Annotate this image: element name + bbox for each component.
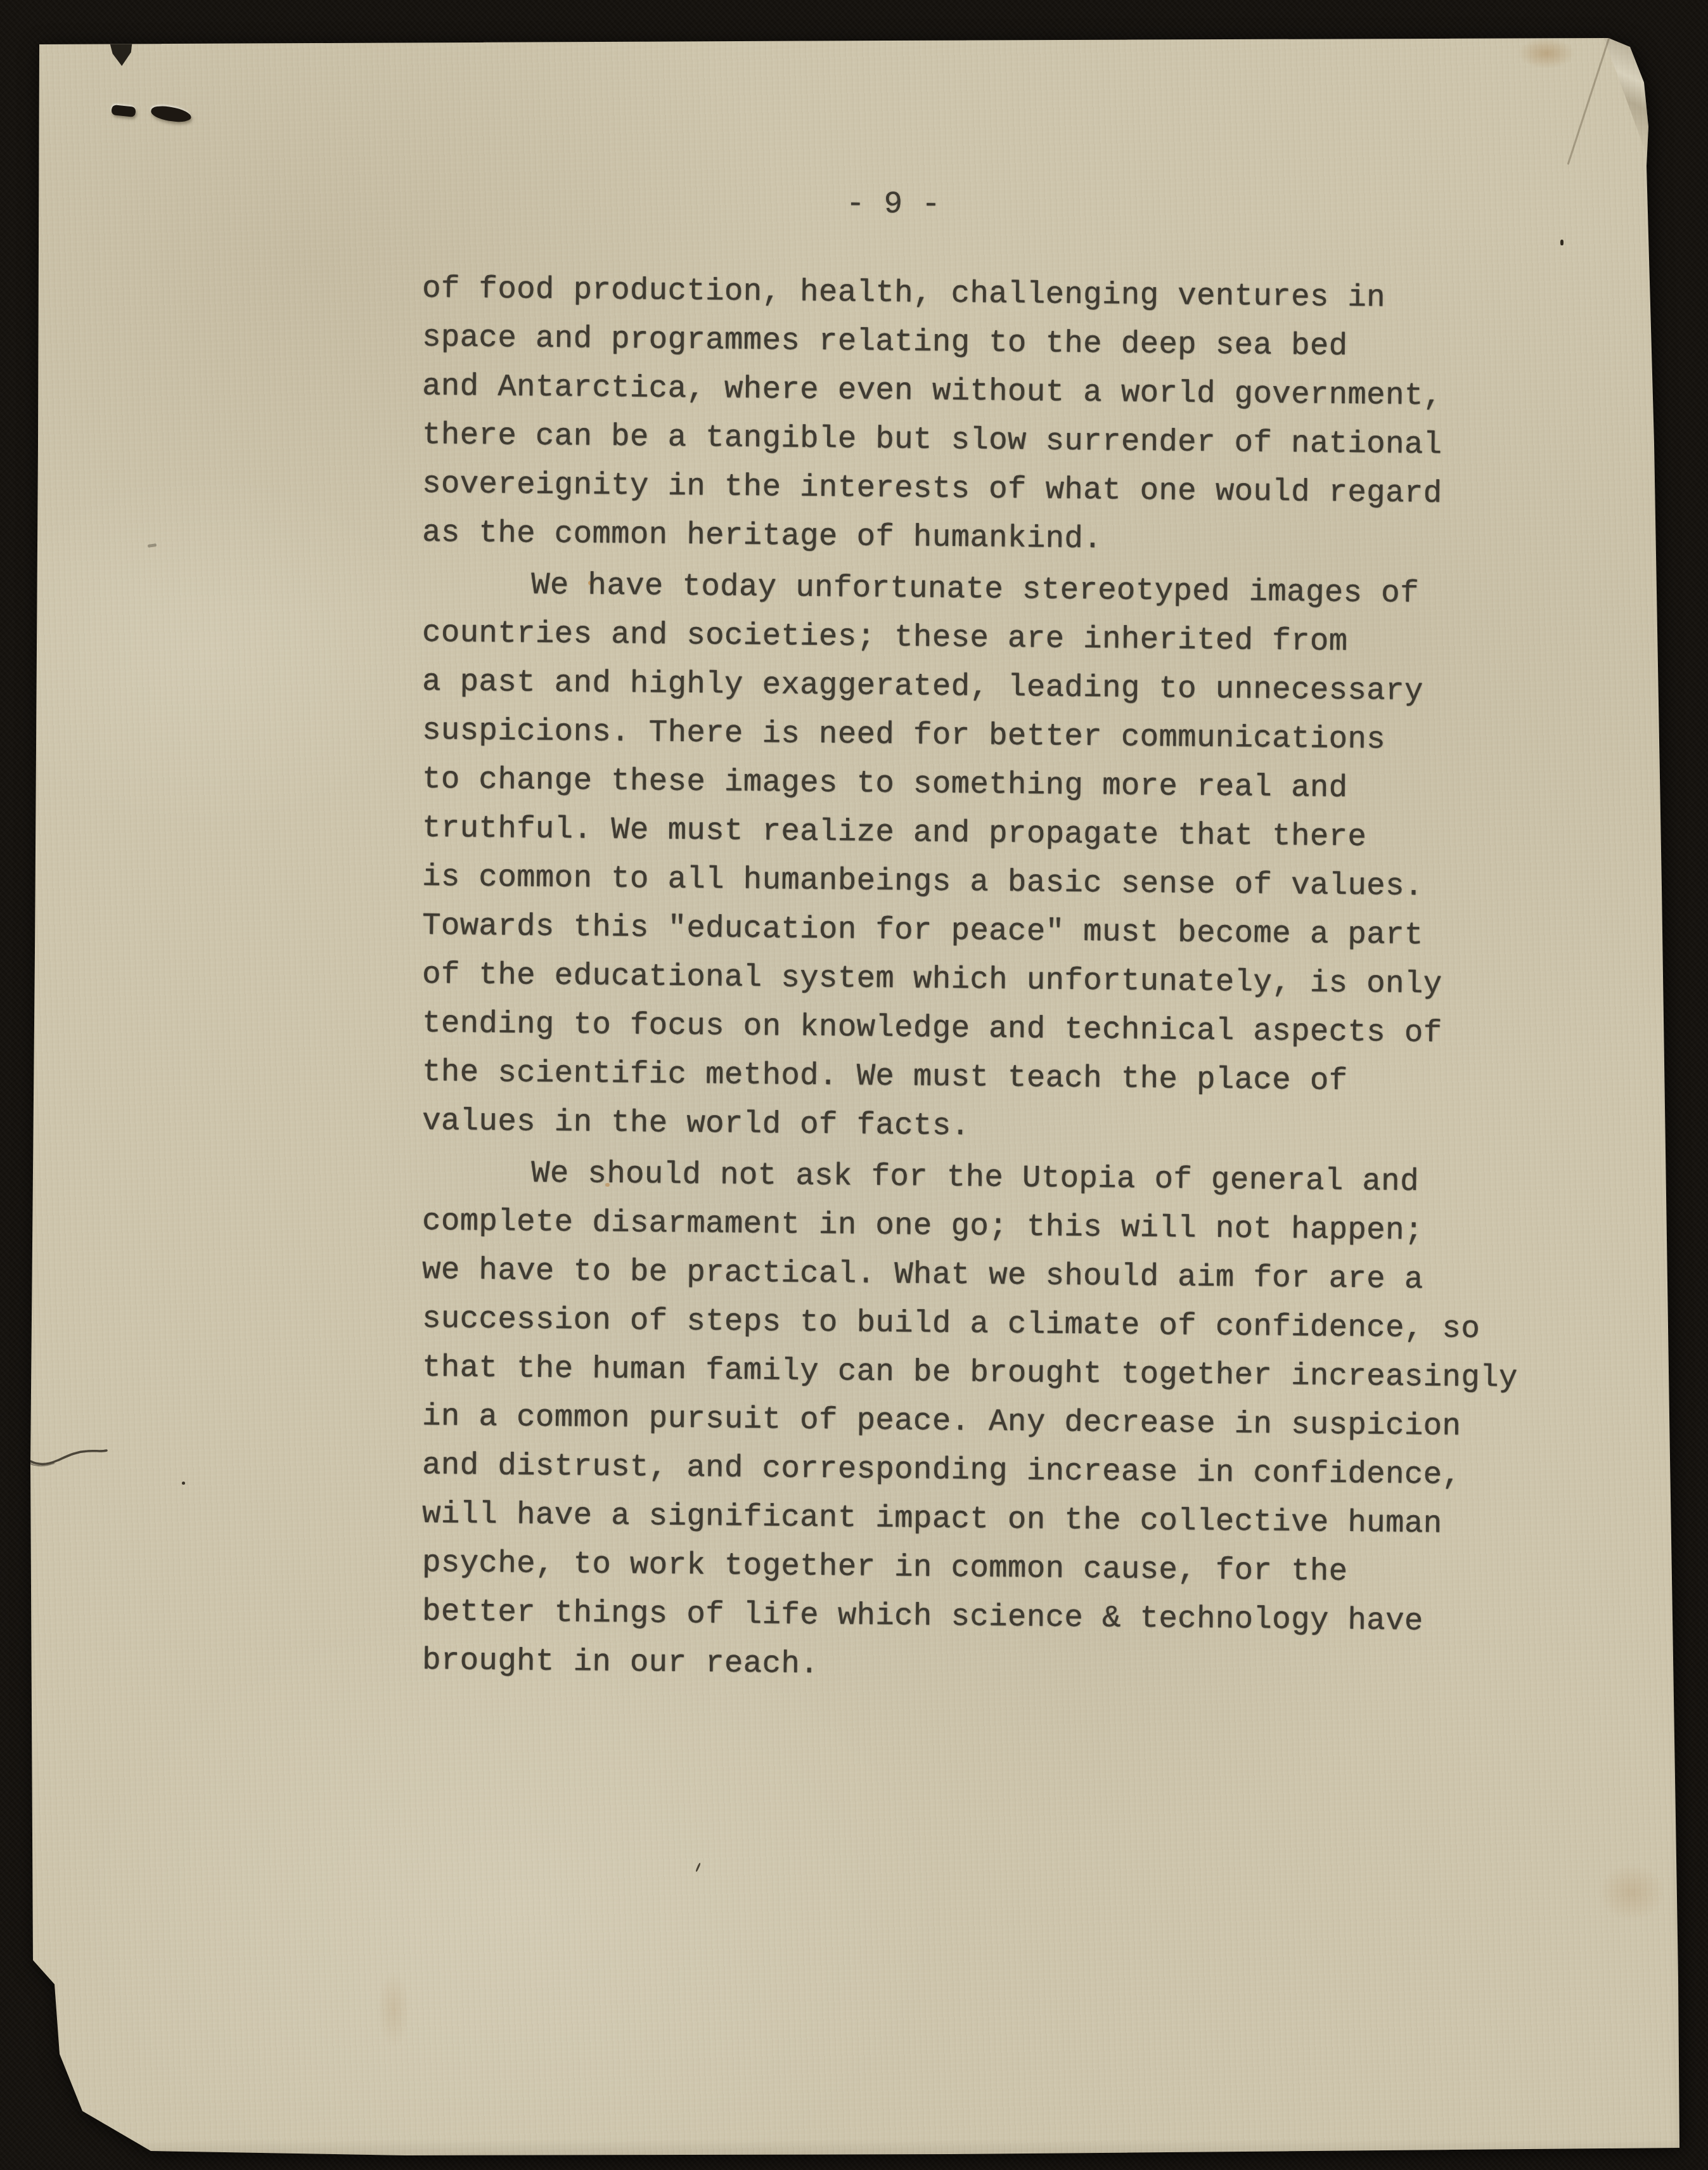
ink-speck: [182, 1482, 185, 1485]
ink-speck: [1560, 240, 1564, 245]
scan-page: { "colors": { "scanner_bed": "#16130f", …: [0, 0, 1708, 2170]
page-number: - 9 -: [846, 179, 941, 229]
rust-stain-right-lower: [1588, 1854, 1676, 1930]
rust-stain-top-right: [1508, 33, 1584, 74]
paragraph-1: of food production, health, challenging …: [422, 264, 1576, 557]
left-edge-crack: [29, 1447, 113, 1471]
paragraph-3: We should not ask for the Utopia of gene…: [422, 1148, 1576, 1685]
rust-stain-bottom-left: [371, 1959, 416, 2060]
text-line: brought in our reach.: [422, 1636, 1576, 1696]
typewritten-text: of food production, health, challenging …: [422, 264, 1576, 1688]
paragraph-2: We have today unfortunate stereotyped im…: [422, 560, 1576, 1146]
paper-sheet: - 9 - of food production, health, challe…: [0, 0, 1708, 2170]
paper-shadow-wrap: - 9 - of food production, health, challe…: [0, 0, 1708, 2170]
